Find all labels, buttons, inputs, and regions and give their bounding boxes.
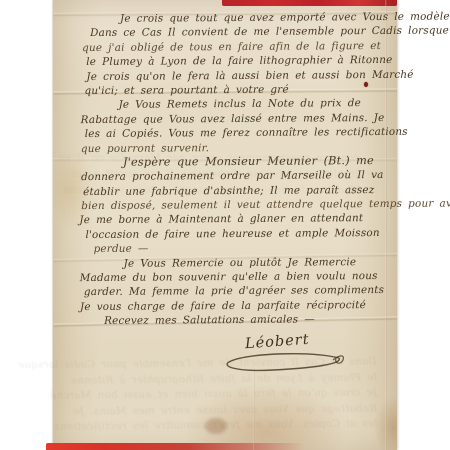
letter-line: les ai Copiés. Vous me ferez connaître l… xyxy=(85,125,393,142)
letter-line: Je vous charge de faire de la parfaite r… xyxy=(80,298,394,315)
letter-line: Je Vous Remets inclus la Note du prix de xyxy=(119,96,393,112)
letter-line: Je crois qu'on le fera là aussi bien et … xyxy=(86,67,392,84)
letter-line: Recevez mes Salutations amicales — xyxy=(104,312,394,328)
letter-line: l'occasion de faire une heureuse et ampl… xyxy=(85,226,393,243)
show-through-writing: donnera prochainement ordre par Marseill… xyxy=(55,150,361,198)
red-painted-edge-top xyxy=(222,0,397,6)
red-painted-edge-bottom xyxy=(46,443,304,450)
letter-line: le Plumey à Lyon de la faire lithographi… xyxy=(86,53,392,70)
show-through-writing: Dans ce Cas Il convient de me l'ensemble… xyxy=(71,354,378,435)
signature: Léobert xyxy=(245,332,311,352)
letter-paper: Je crois que tout que avez emporté avec … xyxy=(53,0,397,450)
letter-photo: Je crois que tout que avez emporté avec … xyxy=(0,0,450,450)
